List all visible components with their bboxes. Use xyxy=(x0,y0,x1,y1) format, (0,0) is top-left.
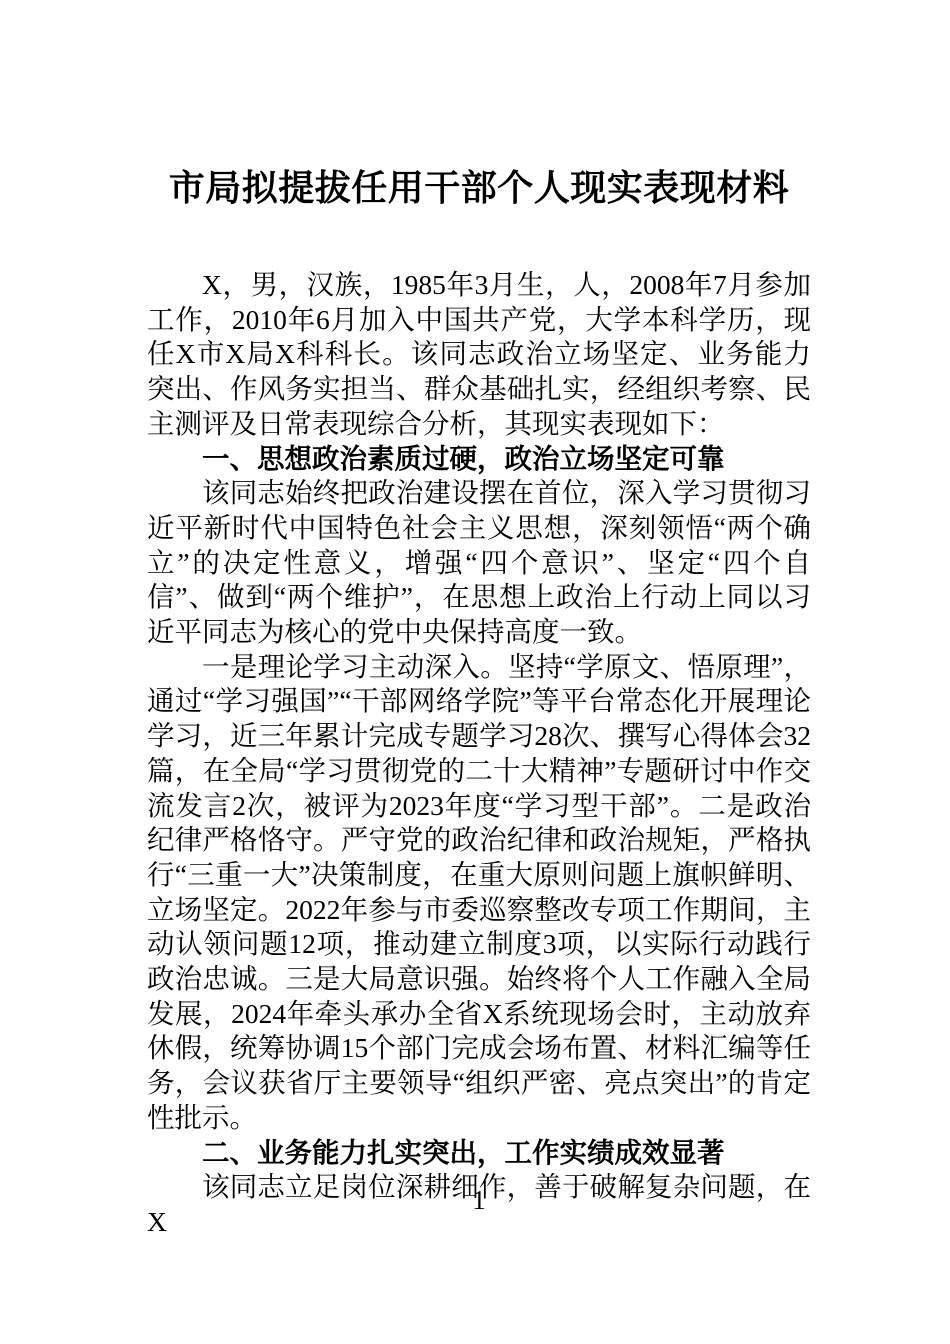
section-heading-1: 一、思想政治素质过硬，政治立场坚定可靠 xyxy=(147,442,811,477)
paragraph-theory-study: 一是理论学习主动深入。坚持“学原文、悟原理”，通过“学习强国”“干部网络学院”等… xyxy=(147,650,811,1136)
section-heading-2: 二、业务能力扎实突出，工作实绩成效显著 xyxy=(147,1136,811,1171)
document-content: 市局拟提拔任用干部个人现实表现材料 X，男，汉族，1985年3月生，人，2008… xyxy=(147,164,811,1240)
paragraph-political-quality: 该同志始终把政治建设摆在首位，深入学习贯彻习近平新时代中国特色社会主义思想，深刻… xyxy=(147,476,811,650)
document-page: 市局拟提拔任用干部个人现实表现材料 X，男，汉族，1985年3月生，人，2008… xyxy=(0,0,950,1344)
document-title: 市局拟提拔任用干部个人现实表现材料 xyxy=(147,164,811,212)
page-number: 1 xyxy=(147,1183,811,1217)
paragraph-basic-info: X，男，汉族，1985年3月生，人，2008年7月参加工作，2010年6月加入中… xyxy=(147,268,811,442)
